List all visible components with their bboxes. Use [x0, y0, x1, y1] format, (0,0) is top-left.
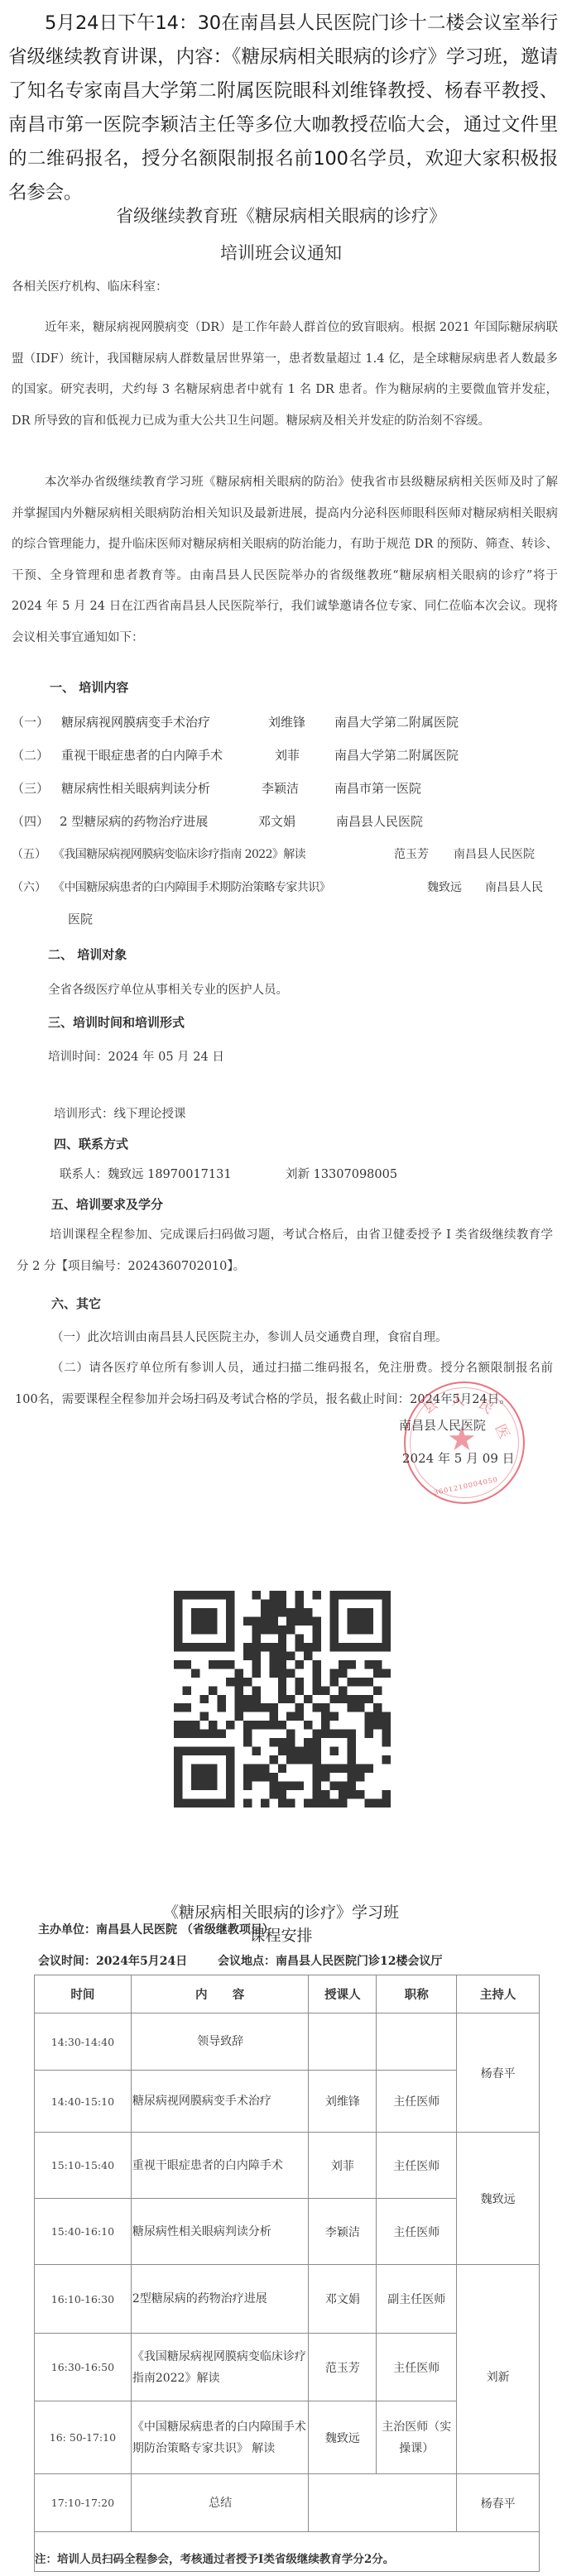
item-topic: 糖尿病性相关眼病判读分析: [61, 779, 262, 797]
row-time: 15:10-15:40: [35, 2133, 132, 2199]
row-host: 杨春平: [457, 2474, 540, 2532]
item-topic: 2 型糖尿病的药物治疗进展: [60, 812, 258, 830]
item-topic: 糖尿病视网膜病变手术治疗: [61, 713, 268, 730]
row-speaker: 魏致远: [309, 2401, 377, 2474]
row-content: 2型糖尿病的药物治疗进展: [131, 2265, 309, 2334]
item-topic: 《我国糖尿病视网膜病变临床诊疗指南 2022》解读: [53, 845, 394, 862]
official-seal: ★ 县 人 民 医 3601210004050: [404, 1381, 525, 1504]
row-content: 领导致辞: [131, 2013, 309, 2071]
row-time: 15:40-16:10: [35, 2199, 132, 2265]
section-1-heading: 一、 培训内容: [50, 678, 128, 696]
training-item: （六）《中国糖尿病患者的白内障围手术期防治策略专家共识》魏致远南昌县人民: [12, 879, 543, 895]
item-number: （四）: [12, 812, 60, 830]
qr-code-icon: [173, 1591, 391, 1808]
table-header-row: 时间 内 容 授课人 职称 主持人: [35, 1975, 540, 2013]
signature-date: 2024 年 5 月 09 日: [402, 1449, 515, 1467]
training-item: （一）糖尿病视网膜病变手术治疗刘维锋南昌大学第二附属医院: [12, 713, 459, 730]
table-note-row: 注：培训人员扫码全程参会，考核通过者授予I类省级继续教育学分2分。: [35, 2532, 540, 2572]
row-title: [377, 2013, 457, 2071]
row-time: 14:30-14:40: [35, 2013, 132, 2071]
row-time: 14:40-15:10: [35, 2071, 132, 2133]
row-content: 总结: [131, 2474, 309, 2532]
item-speaker: 刘菲: [275, 746, 334, 764]
section-5-text: 培训课程全程参加、完成课后扫码做习题，考试合格后，由省卫健委授予 I 类省级继续…: [17, 1220, 553, 1282]
training-time: 培训时间：2024 年 05 月 24 日: [48, 1047, 224, 1065]
item-speaker: 李颖洁: [262, 779, 334, 797]
row-title: 主任医师: [377, 2133, 457, 2199]
training-item: （三）糖尿病性相关眼病判读分析李颖洁南昌市第一医院: [12, 779, 421, 797]
row-speaker: 李颖洁: [309, 2199, 377, 2265]
item-number: （二）: [12, 746, 61, 764]
row-time: 17:10-17:20: [35, 2474, 132, 2532]
row-title: 副主任医师: [377, 2265, 457, 2334]
schedule-title: 《糖尿病相关眼病的诊疗》学习班: [0, 1900, 562, 1922]
seal-char: 人: [451, 1388, 465, 1409]
row-speaker: [309, 2474, 457, 2532]
meeting-time: 会议时间：2024年5月24日: [38, 1952, 187, 1969]
row-content: 糖尿病性相关眼病判读分析: [131, 2199, 309, 2265]
item-speaker: 邓文娟: [258, 812, 336, 830]
notice-paragraph-2: 本次举办省级继续教育学习班《糖尿病相关眼病的防治》使我省市县级糖尿病相关医师及时…: [12, 467, 558, 654]
item-org: 南昌大学第二附属医院: [334, 713, 459, 730]
row-time: 16:30-16:50: [35, 2334, 132, 2401]
item-number: （六）: [12, 879, 53, 895]
item-topic: 《中国糖尿病患者的白内障围手术期防治策略专家共识》: [53, 879, 427, 895]
item-speaker: 刘维锋: [268, 713, 334, 730]
row-speaker: 范玉芳: [309, 2334, 377, 2401]
col-header-title: 职称: [377, 1975, 457, 2013]
intro-text: 5月24日下午14：30在南昌县人民医院门诊十二楼会议室举行省级继续教育讲课，内…: [8, 7, 558, 210]
signature-org: 南昌县人民医院: [399, 1416, 486, 1434]
row-title: 主任医师: [377, 2334, 457, 2401]
contact-2: 刘新 13307098005: [286, 1165, 397, 1182]
col-header-content: 内 容: [131, 1975, 309, 2013]
table-row: 17:10-17:20 总结 杨春平: [35, 2474, 540, 2532]
training-form: 培训形式：线下理论授课: [54, 1104, 186, 1122]
section-4-heading: 四、联系方式: [54, 1135, 128, 1152]
row-speaker: 刘维锋: [309, 2071, 377, 2133]
row-title: 主治医师（实操课）: [377, 2401, 457, 2474]
intro-announcement: 5月24日下午14：30在南昌县人民医院门诊十二楼会议室举行省级继续教育讲课，内…: [8, 7, 558, 210]
item-topic: 重视干眼症患者的白内障手术: [61, 746, 275, 764]
row-host: 刘新: [457, 2265, 540, 2474]
section-3-heading: 三、培训时间和培训形式: [48, 1013, 185, 1031]
notice-paragraph-1: 近年来，糖尿病视网膜病变（DR）是工作年龄人群首位的致盲眼病。根据 2021 年…: [12, 313, 558, 437]
training-item: （二）重视干眼症患者的白内障手术刘菲南昌大学第二附属医院: [12, 746, 459, 764]
schedule-table: 时间 内 容 授课人 职称 主持人 14:30-14:40 领导致辞 杨春平 1…: [34, 1975, 540, 2572]
row-content: 糖尿病视网膜病变手术治疗: [131, 2071, 309, 2133]
training-item-org-wrap: 医院: [68, 910, 93, 927]
section-2-heading: 二、 培训对象: [48, 946, 127, 963]
row-content: 《中国糖尿病患者的白内障围手术期防治策略专家共识》 解读: [131, 2401, 309, 2474]
row-time: 16: 50-17:10: [35, 2401, 132, 2474]
item-speaker: 范玉芳: [394, 845, 454, 862]
schedule-note: 注：培训人员扫码全程参会，考核通过者授予I类省级继续教育学分2分。: [35, 2532, 540, 2572]
item-org: 南昌市第一医院: [334, 779, 421, 797]
section-2-text: 全省各级医疗单位从事相关专业的医护人员。: [48, 980, 288, 998]
notice-subtitle: 培训班会议通知: [0, 240, 562, 265]
section-5-heading: 五、培训要求及学分: [51, 1195, 163, 1213]
item-org: 南昌县人民医院: [336, 812, 423, 830]
row-time: 16:10-16:30: [35, 2265, 132, 2334]
item-number: （一）: [12, 713, 61, 730]
row-speaker: [309, 2013, 377, 2071]
training-item: （五）《我国糖尿病视网膜病变临床诊疗指南 2022》解读范玉芳南昌县人民医院: [12, 845, 535, 862]
item-org: 南昌县人民: [485, 879, 543, 895]
item-org: 南昌县人民医院: [454, 845, 535, 862]
notice-title: 省级继续教育班《糖尿病相关眼病的诊疗》: [0, 203, 562, 227]
organizer: 主办单位：南昌县人民医院 （省级继教项目）: [38, 1921, 274, 1937]
training-item: （四）2 型糖尿病的药物治疗进展邓文娟南昌县人民医院: [12, 812, 423, 830]
table-row: 14:30-14:40 领导致辞 杨春平: [35, 2013, 540, 2071]
section-6-item-1: （一）此次培训由南昌县人民医院主办，参训人员交通费自理，食宿自理。: [51, 1328, 448, 1345]
row-speaker: 刘菲: [309, 2133, 377, 2199]
row-host: 魏致远: [457, 2133, 540, 2265]
row-title: 主任医师: [377, 2071, 457, 2133]
row-speaker: 邓文娟: [309, 2265, 377, 2334]
registration-qr-code[interactable]: [173, 1591, 391, 1808]
item-speaker: 魏致远: [427, 879, 485, 895]
row-title: 主任医师: [377, 2199, 457, 2265]
item-number: （三）: [12, 779, 61, 797]
salutation: 各相关医疗机构、临床科室：: [12, 277, 558, 294]
row-content: 《我国糖尿病视网膜病变临床诊疗指南2022》解读: [131, 2334, 309, 2401]
table-row: 16:10-16:30 2型糖尿病的药物治疗进展 邓文娟 副主任医师 刘新: [35, 2265, 540, 2334]
col-header-time: 时间: [35, 1975, 132, 2013]
section-6-heading: 六、其它: [51, 1295, 101, 1312]
col-header-speaker: 授课人: [309, 1975, 377, 2013]
col-header-host: 主持人: [457, 1975, 540, 2013]
contact-1: 联系人：魏致远 18970017131: [60, 1165, 232, 1182]
item-org: 南昌大学第二附属医院: [334, 746, 459, 764]
item-number: （五）: [12, 845, 53, 862]
row-content: 重视干眼症患者的白内障手术: [131, 2133, 309, 2199]
meeting-place: 会议地点：南昌县人民医院门诊12楼会议厅: [218, 1952, 442, 1969]
table-row: 15:10-15:40 重视干眼症患者的白内障手术 刘菲 主任医师 魏致远: [35, 2133, 540, 2199]
row-host: 杨春平: [457, 2013, 540, 2133]
